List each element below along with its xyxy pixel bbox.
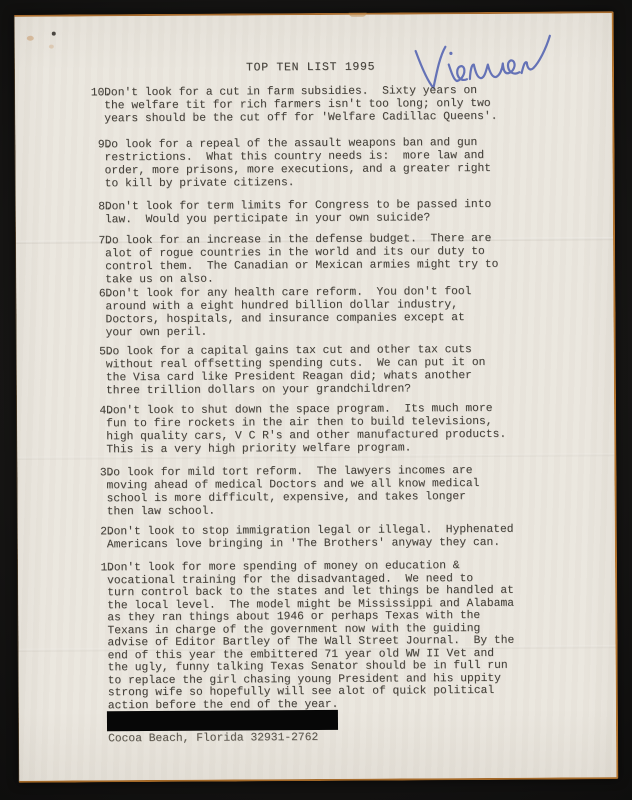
address-city-line: Cocoa Beach, Florida 32931-2762 [108, 732, 318, 745]
list-item: 2. Don't look to stop immigration legal … [73, 523, 573, 526]
paper-edge-nick [349, 13, 367, 17]
list-item: 5. Do look for a capital gains tax cut a… [72, 343, 572, 346]
list-item: 8. Don't look for term limits for Congre… [71, 198, 571, 201]
page-title: TOP TEN LIST 1995 [246, 61, 375, 75]
item-text: Do look for an increase in the defense b… [105, 232, 565, 287]
redaction-bar [107, 710, 338, 731]
list-item: 9. Do look for a repeal of the assault w… [70, 136, 570, 139]
paper-stain [49, 45, 54, 49]
item-text: Don't look to shut down the space progra… [106, 402, 566, 457]
item-text: Do look for a repeal of the assault weap… [104, 136, 564, 191]
item-text: Do look for a capital gains tax cut and … [106, 343, 566, 398]
item-text: Do look for mild tort reform. The lawyer… [106, 464, 566, 519]
list-item: 7. Do look for an increase in the defens… [71, 232, 571, 235]
item-text: Don't look for a cut in farm subsidies. … [104, 84, 564, 126]
list-item: 3. Do look for mild tort reform. The law… [72, 464, 572, 467]
paper-sheet: TOP TEN LIST 1995 10. Don't look for a c… [14, 11, 619, 783]
item-text: Don't look for any health care reform. Y… [105, 285, 565, 340]
item-text: Don't look for more spending of money on… [107, 559, 568, 712]
list-items: 10. Don't look for a cut in farm subsidi… [15, 13, 612, 17]
paper-stain [27, 36, 34, 41]
list-item: 1. Don't look for more spending of money… [73, 559, 573, 562]
scanned-document-background: { "colors": { "backdrop": "#161514", "pa… [0, 0, 632, 800]
paper-speck [52, 32, 56, 36]
list-item: 10. Don't look for a cut in farm subsidi… [70, 84, 570, 87]
item-text: Don't look for term limits for Congress … [105, 198, 565, 227]
item-text: Don't look to stop immigration legal or … [107, 523, 567, 552]
list-item: 4. Don't look to shut down the space pro… [72, 402, 572, 405]
